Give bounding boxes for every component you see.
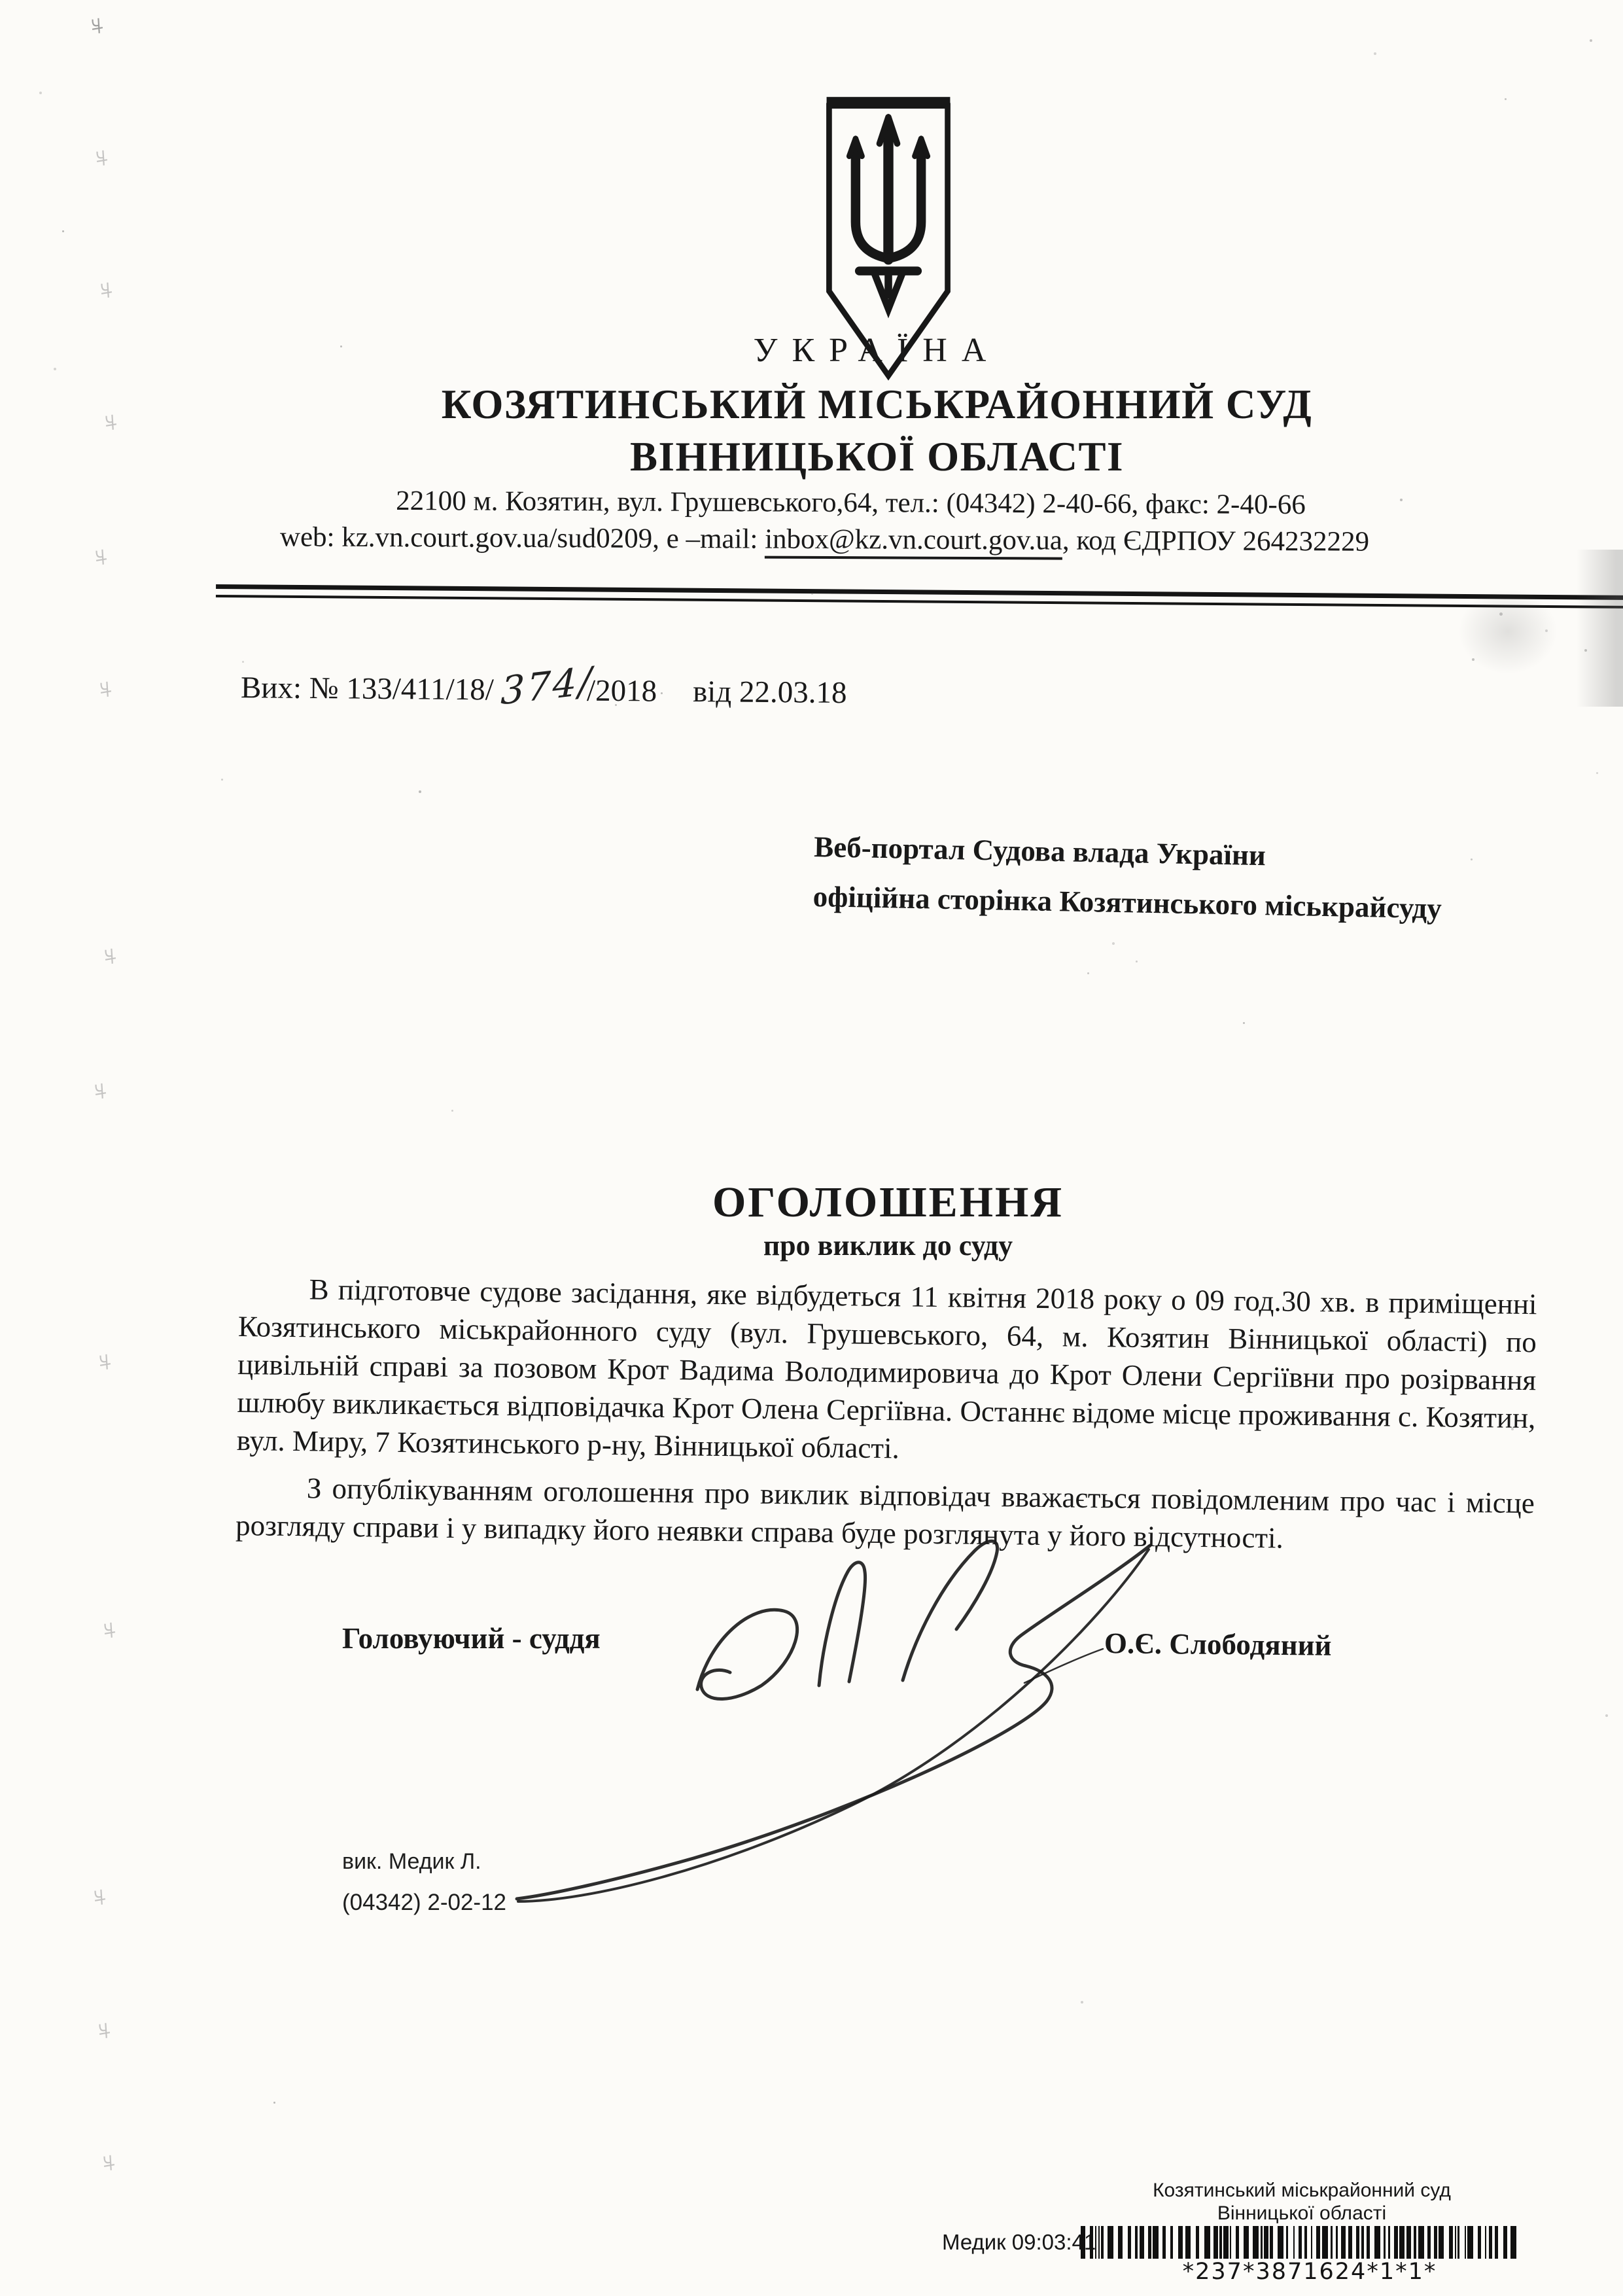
barcode-code-text: *237*3871624*1*1* xyxy=(1081,2259,1539,2285)
scan-speck xyxy=(1081,2001,1083,2004)
scan-speck xyxy=(1584,649,1587,652)
scan-edge-mark xyxy=(101,1621,118,1645)
announcement-title: ОГОЛОШЕННЯ xyxy=(239,1178,1537,1227)
court-name-line2: ВІННИЦЬКОЇ ОБЛАСТІ xyxy=(131,433,1623,481)
scan-speck xyxy=(1605,1714,1608,1717)
scan-speck xyxy=(62,230,64,232)
scan-speck xyxy=(1472,658,1475,661)
scan-edge-mark xyxy=(102,947,119,971)
footer-court-line1: Козятинський міськрайонний суд xyxy=(1007,2179,1596,2202)
scan-speck xyxy=(273,2102,275,2104)
scan-speck xyxy=(419,790,421,793)
scanned-court-document: УКРАЇНА КОЗЯТИНСЬКИЙ МІСЬКРАЙОННИЙ СУД В… xyxy=(0,0,1623,2296)
web-prefix-text: web: kz.vn.court.gov.ua/sud0209, e –mail… xyxy=(280,521,765,554)
scan-edge-mark xyxy=(92,1082,109,1106)
outgoing-number-prefix: Вих: № 133/411/18/ xyxy=(241,671,494,707)
scan-speck xyxy=(1590,39,1592,42)
handwritten-signature xyxy=(327,1525,1191,1943)
header-divider-rule xyxy=(216,584,1623,609)
scan-speck xyxy=(1243,1022,1245,1024)
scan-edge-mark xyxy=(89,16,106,41)
scan-speck xyxy=(1374,52,1376,55)
scan-edge-mark xyxy=(94,149,111,173)
scan-speck xyxy=(221,779,223,781)
scan-speck xyxy=(451,1110,453,1112)
email-text: inbox@kz.vn.court.gov.ua xyxy=(765,524,1062,560)
footer-court-line2: Вінницької області xyxy=(1007,2202,1596,2225)
scan-speck xyxy=(1596,772,1598,774)
barcode xyxy=(1081,2226,1539,2259)
scan-smudge xyxy=(1577,550,1623,707)
scan-edge-mark xyxy=(97,680,114,704)
scan-speck xyxy=(39,92,42,94)
scan-edge-mark xyxy=(97,1352,114,1377)
scan-speck xyxy=(1087,972,1089,974)
reference-line: Вих: № 133/411/18/374//2018від 22.03.18 xyxy=(241,662,847,712)
scan-edge-mark xyxy=(98,281,115,305)
scan-speck xyxy=(54,368,56,370)
announcement-subtitle: про виклик до суду xyxy=(239,1229,1537,1262)
country-title: УКРАЇНА xyxy=(131,331,1623,370)
court-address-line: 22100 м. Козятин, вул. Грушевського,64, … xyxy=(105,484,1597,522)
scan-edge-mark xyxy=(103,413,120,437)
outgoing-number-suffix: /2018 xyxy=(587,674,657,709)
scan-speck xyxy=(1499,612,1503,616)
court-contacts-line: web: kz.vn.court.gov.ua/sud0209, e –mail… xyxy=(79,520,1571,559)
registration-stamp-text: Медик 09:03:41 xyxy=(942,2230,1096,2255)
executor-phone: (04342) 2-02-12 xyxy=(342,1890,506,1916)
handwritten-number: 374/ xyxy=(500,658,593,714)
scan-speck xyxy=(1112,942,1115,945)
scan-speck xyxy=(1505,98,1507,100)
scan-edge-mark xyxy=(92,1888,109,1912)
court-name-line1: КОЗЯТИНСЬКИЙ МІСЬКРАЙОННИЙ СУД xyxy=(131,381,1623,429)
body-paragraph-1: В підготовче судове засідання, яке відбу… xyxy=(236,1269,1537,1475)
edrpou-code-text: , код ЄДРПОУ 264232229 xyxy=(1062,525,1369,557)
scan-speck xyxy=(1136,961,1138,963)
date-value: 22.03.18 xyxy=(739,675,847,710)
addressee-block: Веб-портал Судова влада України офіційна… xyxy=(812,822,1599,936)
footer-court-block: Козятинський міськрайонний суд Вінницько… xyxy=(1007,2179,1596,2225)
scan-edge-mark xyxy=(101,2153,118,2178)
scan-speck xyxy=(1545,629,1548,632)
executor-name: вик. Медик Л. xyxy=(342,1849,481,1875)
date-label: від xyxy=(693,675,732,709)
scan-edge-mark xyxy=(96,2021,113,2045)
